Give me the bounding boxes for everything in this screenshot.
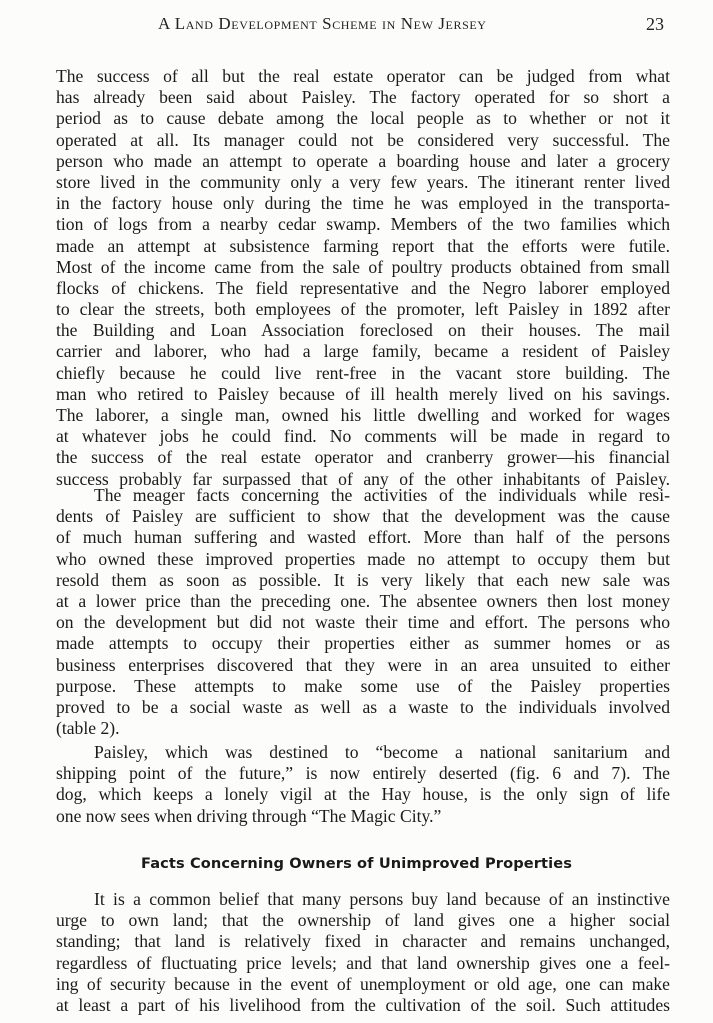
- text-line: carrier and laborer, who had a large fam…: [56, 341, 670, 362]
- text-line: business enterprises discovered that the…: [56, 655, 670, 676]
- text-line: at least a part of his livelihood from t…: [56, 995, 670, 1016]
- text-line: It is a common belief that many persons …: [56, 889, 670, 910]
- text-line: tion of logs from a nearby cedar swamp. …: [56, 214, 670, 235]
- paragraph-2: The meager facts concerning the activiti…: [56, 485, 670, 739]
- text-line: ing of security because in the event of …: [56, 974, 670, 995]
- text-line: at whatever jobs he could find. No comme…: [56, 426, 670, 447]
- text-line: Paisley, which was destined to “become a…: [56, 742, 670, 763]
- text-line: the success of the real estate operator …: [56, 447, 670, 468]
- text-line: period as to cause debate among the loca…: [56, 108, 670, 129]
- text-line: shipping point of the future,” is now en…: [56, 763, 670, 784]
- text-line: man who retired to Paisley because of il…: [56, 384, 670, 405]
- text-line: The meager facts concerning the activiti…: [56, 485, 670, 506]
- text-line: to clear the streets, both employees of …: [56, 299, 670, 320]
- text-line: on the development but did not waste the…: [56, 612, 670, 633]
- text-line: The laborer, a single man, owned his lit…: [56, 405, 670, 426]
- paragraph-1: The success of all but the real estate o…: [56, 66, 670, 490]
- text-line: at a lower price than the preceding one.…: [56, 591, 670, 612]
- running-head: A Land Development Scheme in New Jersey …: [0, 14, 713, 38]
- text-line: store lived in the community only a very…: [56, 172, 670, 193]
- page-number: 23: [646, 14, 664, 35]
- document-page: A Land Development Scheme in New Jersey …: [0, 0, 713, 1023]
- text-line: dog, which keeps a lonely vigil at the H…: [56, 784, 670, 805]
- text-line: urge to own land; that the ownership of …: [56, 910, 670, 931]
- text-line: made an attempt at subsistence farming r…: [56, 236, 670, 257]
- text-line: proved to be a social waste as well as a…: [56, 697, 670, 718]
- text-line: The success of all but the real estate o…: [56, 66, 670, 87]
- text-line: person who made an attempt to operate a …: [56, 151, 670, 172]
- text-line: made attempts to occupy their properties…: [56, 633, 670, 654]
- text-line: purpose. These attempts to make some use…: [56, 676, 670, 697]
- text-line: standing; that land is relatively fixed …: [56, 931, 670, 952]
- text-line: in the factory house only during the tim…: [56, 193, 670, 214]
- text-line: (table 2).: [56, 718, 670, 739]
- section-heading: Facts Concerning Owners of Unimproved Pr…: [0, 855, 713, 872]
- running-title: A Land Development Scheme in New Jersey: [158, 14, 487, 34]
- text-line: flocks of chickens. The field representa…: [56, 278, 670, 299]
- section-paragraph-1: It is a common belief that many persons …: [56, 889, 670, 1016]
- text-line: the Building and Loan Association forecl…: [56, 320, 670, 341]
- text-line: chiefly because he could live rent-free …: [56, 363, 670, 384]
- text-line: one now sees when driving through “The M…: [56, 806, 670, 827]
- text-line: has already been said about Paisley. The…: [56, 87, 670, 108]
- text-line: dents of Paisley are sufficient to show …: [56, 506, 670, 527]
- text-line: resold them as soon as possible. It is v…: [56, 570, 670, 591]
- paragraph-3: Paisley, which was destined to “become a…: [56, 742, 670, 827]
- text-line: of much human suffering and wasted effor…: [56, 527, 670, 548]
- text-line: operated at all. Its manager could not b…: [56, 130, 670, 151]
- text-line: Most of the income came from the sale of…: [56, 257, 670, 278]
- text-line: who owned these improved properties made…: [56, 549, 670, 570]
- text-line: regardless of fluctuating price levels; …: [56, 953, 670, 974]
